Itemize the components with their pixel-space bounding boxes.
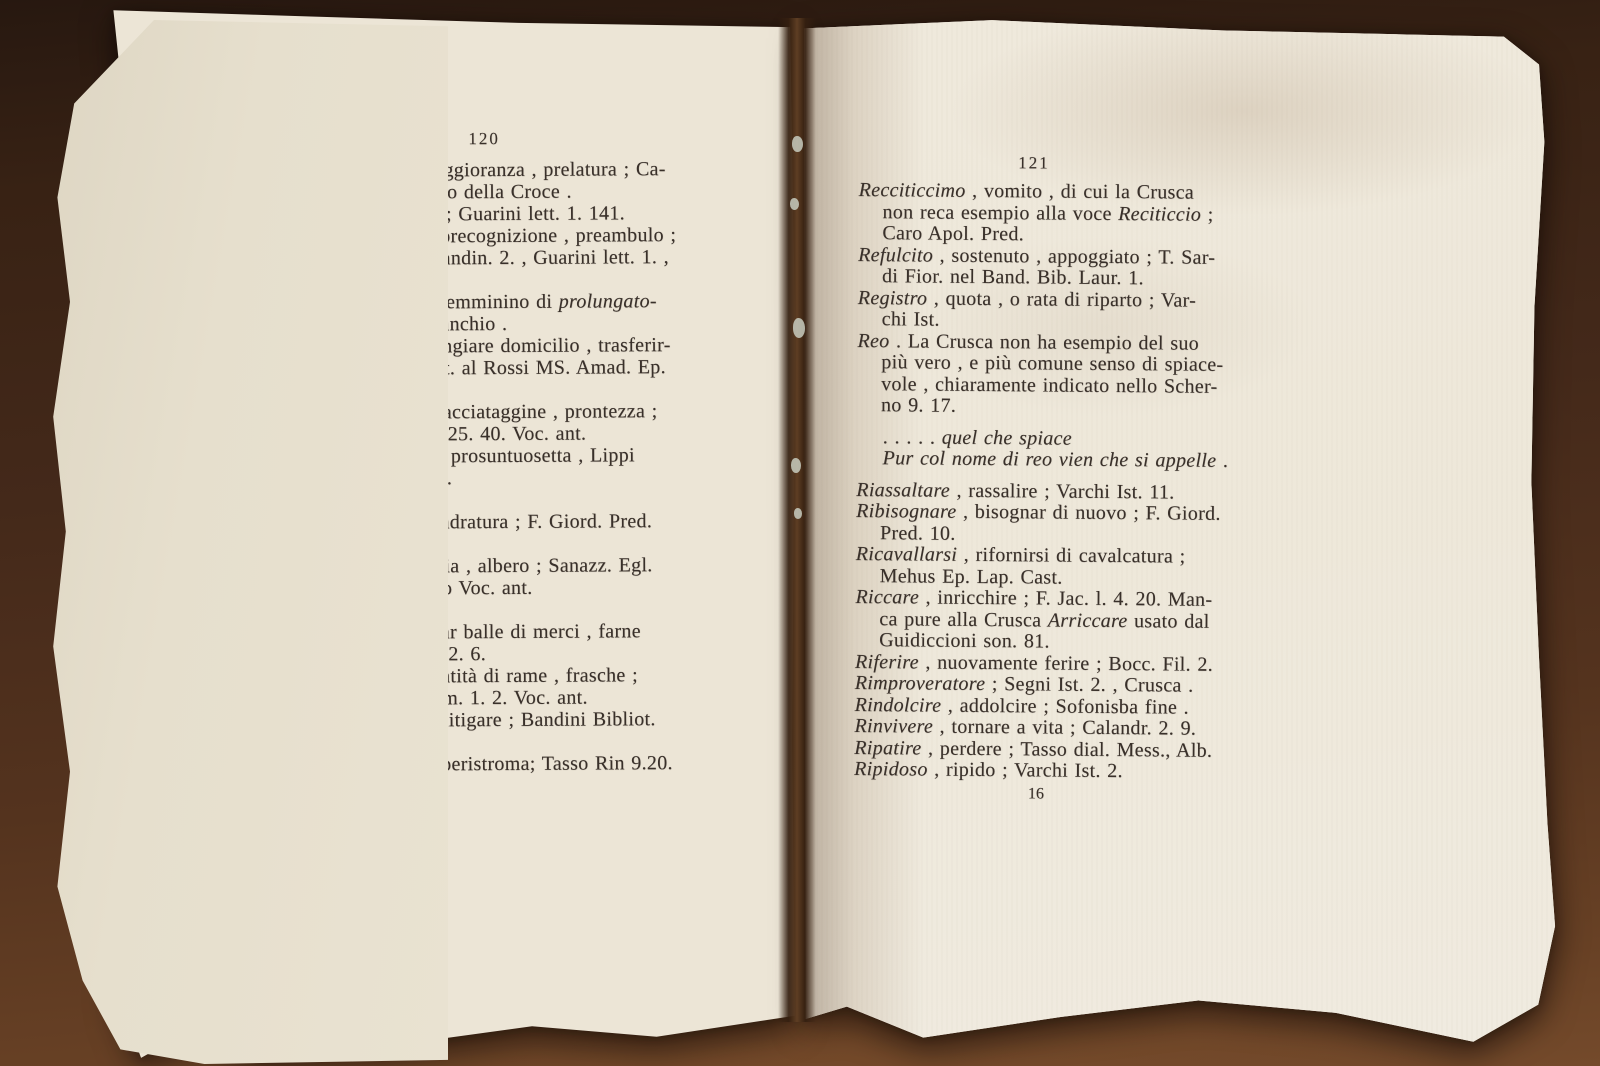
italic-headword: quel che spiace xyxy=(942,426,1072,449)
italic-headword: Recciticcimo xyxy=(859,179,966,202)
italic-headword: Ribisognare xyxy=(856,500,957,523)
entry-text: , rassalire ; Varchi Ist. 11. xyxy=(950,479,1175,503)
entry-line: Ripidoso , ripido ; Varchi Ist. 2. xyxy=(854,759,1314,784)
right-page-entries: Recciticcimo , vomito , di cui la Crusca… xyxy=(854,180,1319,784)
glue-residue xyxy=(790,198,799,210)
entry-text: , addolcire ; Sofonisba fine . xyxy=(941,694,1189,718)
italic-headword: Riccare xyxy=(855,586,919,608)
entry-line: Pur col nome di reo vien che si appelle … xyxy=(857,448,1317,473)
right-page: 121 Recciticcimo , vomito , di cui la Cr… xyxy=(801,18,1565,1050)
entry-text: , vomito , di cui la Crusca xyxy=(965,180,1194,204)
entry-text: Pred. 10. xyxy=(880,522,956,545)
entry-text: , perdere ; Tasso dial. Mess., Alb. xyxy=(921,737,1212,761)
italic-headword: Reo xyxy=(857,329,889,351)
italic-headword: Reciticcio xyxy=(1118,203,1201,226)
entry-text: , rifornirsi di cavalcatura ; xyxy=(957,544,1185,568)
entry-text: Guidiccioni son. 81. xyxy=(879,629,1050,652)
entry-text: di Fior. nel Band. Bib. Laur. 1. xyxy=(882,265,1144,289)
italic-headword: Rimproveratore xyxy=(855,672,986,695)
italic-headword: Arriccare xyxy=(1048,609,1128,632)
entry-text: , sostenuto , appoggiato ; T. Sar- xyxy=(933,244,1215,268)
entry-text: . La Crusca non ha esempio del suo xyxy=(889,330,1199,354)
open-book-photo: 120 Prelazione , maggioranza , prelatura… xyxy=(0,0,1600,1066)
entry-text: non reca esempio alla voce xyxy=(882,201,1118,225)
entry-text: , nuovamente ferire ; Bocc. Fil. 2. xyxy=(919,651,1213,675)
entry-line: no 9. 17. xyxy=(857,395,1317,420)
entry-text: , inricchire ; F. Jac. l. 4. 20. Man- xyxy=(919,586,1212,610)
entry-text: . . . . . xyxy=(883,426,942,448)
right-page-text: 121 Recciticcimo , vomito , di cui la Cr… xyxy=(854,152,1319,805)
italic-headword: Ricavallarsi xyxy=(856,543,958,566)
glue-residue xyxy=(791,458,801,473)
italic-headword: Rinvivere xyxy=(854,715,933,738)
italic-headword: Riassaltare xyxy=(856,478,950,501)
entry-text: , ripido ; Varchi Ist. 2. xyxy=(928,759,1123,783)
italic-headword: Registro xyxy=(858,286,928,309)
book-spine-gutter xyxy=(778,18,816,1022)
under-page-leaf-edge xyxy=(28,20,448,1064)
signature-mark: 16 xyxy=(836,783,1236,804)
entry-text: ; xyxy=(1201,203,1214,225)
entry-text: no 9. 17. xyxy=(881,394,956,417)
italic-headword: Riferire xyxy=(855,650,919,673)
entry-text: Caro Apol. Pred. xyxy=(882,222,1024,245)
entry-text: , tornare a vita ; Calandr. 2. 9. xyxy=(933,716,1196,740)
entry-text: usato dal xyxy=(1127,610,1209,633)
italic-headword: Ripidoso xyxy=(854,758,928,781)
italic-headword: Ripatire xyxy=(854,736,921,759)
page-number-right: 121 xyxy=(849,152,1219,175)
entry-text: chi Ist. xyxy=(882,308,940,330)
glue-residue xyxy=(794,508,802,519)
italic-headword: Pur col nome di reo vien che si appelle xyxy=(883,447,1217,472)
entry-text: ca pure alla Crusca xyxy=(879,608,1048,631)
entry-text: , bisognar di nuovo ; F. Giord. xyxy=(956,501,1220,525)
italic-headword: Rindolcire xyxy=(855,693,942,716)
entry-text: . xyxy=(1216,450,1228,472)
glue-residue xyxy=(792,136,803,152)
entry-text: Mehus Ep. Lap. Cast. xyxy=(880,565,1063,588)
glue-residue xyxy=(793,318,805,338)
italic-headword: Refulcito xyxy=(858,243,933,266)
entry-text: , quota , o rata di riparto ; Var- xyxy=(927,287,1196,311)
entry-text: ; Segni Ist. 2. , Crusca . xyxy=(985,673,1193,697)
